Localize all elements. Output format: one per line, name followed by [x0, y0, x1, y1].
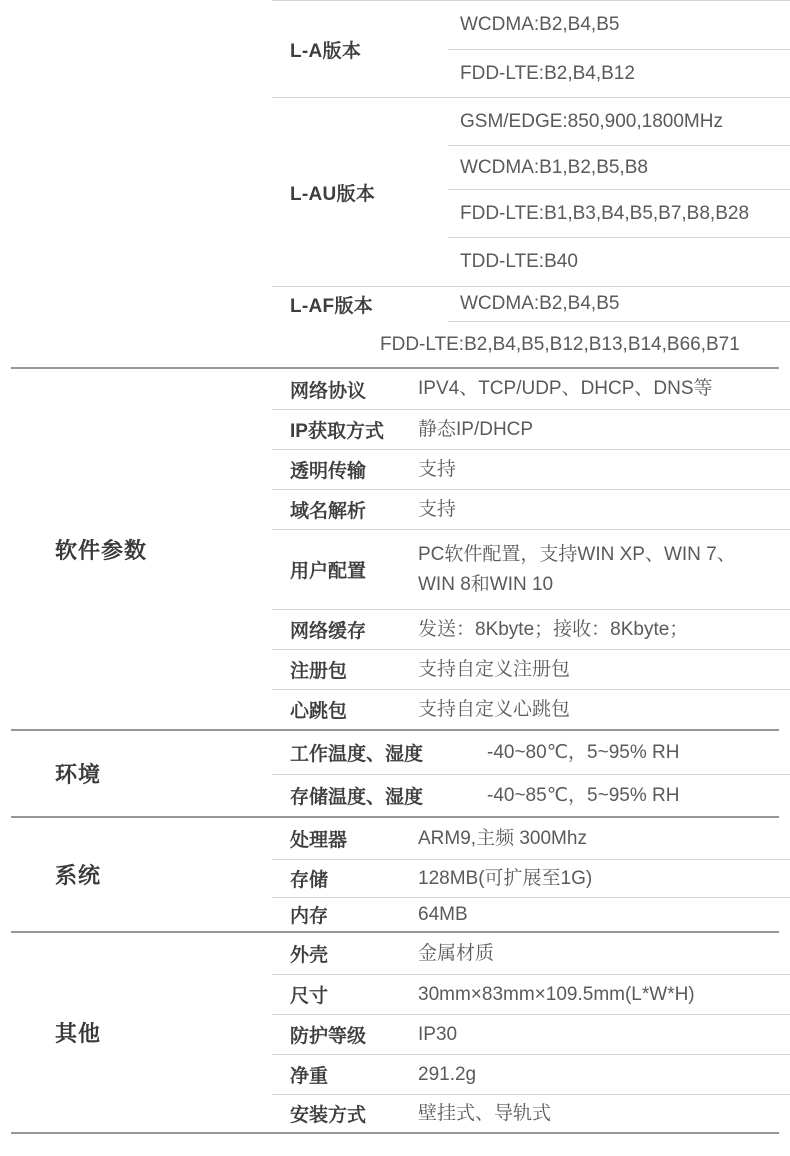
spec-value: 发送：8Kbyte；接收：8Kbyte； [418, 615, 790, 645]
spec-row: 处理器 ARM9,主频 300Mhz [272, 818, 790, 859]
spec-value: 金属材质 [418, 939, 790, 969]
spec-label: IP获取方式 [272, 416, 418, 443]
band-value: FDD-LTE:B2,B4,B12 [448, 49, 790, 97]
spec-value: 128MB(可扩展至1G) [418, 864, 790, 894]
band-group-lau: L-AU版本 GSM/EDGE:850,900,1800MHz WCDMA:B1… [272, 97, 790, 286]
spec-row: 外壳 金属材质 [272, 933, 790, 974]
spec-value: 支持 [418, 495, 790, 525]
band-group-label: L-AF版本 [272, 287, 448, 322]
band-group-la: L-A版本 WCDMA:B2,B4,B5 FDD-LTE:B2,B4,B12 [272, 0, 790, 97]
spec-value: 支持自定义注册包 [418, 655, 790, 685]
spec-value: ARM9,主频 300Mhz [418, 824, 790, 854]
spec-value: 壁挂式、导轨式 [418, 1099, 790, 1129]
spec-value: -40~80℃，5~95% RH [487, 738, 790, 768]
band-overflow-value: FDD-LTE:B2,B4,B5,B12,B13,B14,B66,B71 [380, 322, 790, 367]
spec-label: 外壳 [272, 940, 418, 967]
spec-row: 心跳包 支持自定义心跳包 [272, 689, 790, 729]
spec-section-environment: 环境 工作温度、湿度 -40~80℃，5~95% RH 存储温度、湿度 -40~… [0, 731, 790, 816]
spec-value: 静态IP/DHCP [418, 415, 790, 445]
spec-row: 尺寸 30mm×83mm×109.5mm(L*W*H) [272, 974, 790, 1014]
spec-row: 工作温度、湿度 -40~80℃，5~95% RH [272, 731, 790, 774]
spec-row: 净重 291.2g [272, 1054, 790, 1094]
spec-section-other: 其他 外壳 金属材质 尺寸 30mm×83mm×109.5mm(L*W*H) 防… [0, 933, 790, 1132]
spec-row: 域名解析 支持 [272, 489, 790, 529]
spec-value: 支持自定义心跳包 [418, 695, 790, 725]
spec-label: 尺寸 [272, 981, 418, 1008]
spec-section-software: 软件参数 网络协议 IPV4、TCP/UDP、DHCP、DNS等 IP获取方式 … [0, 369, 790, 729]
spec-label: 内存 [272, 901, 418, 928]
spec-label: 透明传输 [272, 456, 418, 483]
band-value: TDD-LTE:B40 [448, 237, 790, 286]
band-value: WCDMA:B2,B4,B5 [448, 287, 790, 322]
spec-row: 存储温度、湿度 -40~85℃，5~95% RH [272, 774, 790, 816]
spec-label: 用户配置 [272, 556, 418, 583]
spec-label: 工作温度、湿度 [272, 739, 487, 766]
band-value: FDD-LTE:B1,B3,B4,B5,B7,B8,B28 [448, 189, 790, 237]
spec-row: 内存 64MB [272, 897, 790, 931]
section-title: 系统 [0, 818, 272, 931]
bottom-divider [11, 1132, 779, 1134]
spec-label: 网络缓存 [272, 616, 418, 643]
spec-label: 存储 [272, 865, 418, 892]
spec-row: 网络缓存 发送：8Kbyte；接收：8Kbyte； [272, 609, 790, 649]
spec-label: 净重 [272, 1061, 418, 1088]
spec-label: 防护等级 [272, 1021, 418, 1048]
spec-label: 存储温度、湿度 [272, 782, 487, 809]
spec-value: PC软件配置，支持WIN XP、WIN 7、 WIN 8和WIN 10 [418, 540, 790, 600]
spec-row: 存储 128MB(可扩展至1G) [272, 859, 790, 897]
spec-value: 30mm×83mm×109.5mm(L*W*H) [418, 980, 790, 1010]
band-section: L-A版本 WCDMA:B2,B4,B5 FDD-LTE:B2,B4,B12 L… [272, 0, 790, 367]
band-values: GSM/EDGE:850,900,1800MHz WCDMA:B1,B2,B5,… [448, 98, 790, 286]
spec-value: IPV4、TCP/UDP、DHCP、DNS等 [418, 374, 790, 404]
section-title: 环境 [0, 731, 272, 816]
spec-value: 64MB [418, 900, 790, 930]
spec-value: IP30 [418, 1020, 790, 1050]
spec-row: 防护等级 IP30 [272, 1014, 790, 1054]
band-values: WCDMA:B2,B4,B5 [448, 287, 790, 322]
spec-row: 注册包 支持自定义注册包 [272, 649, 790, 689]
section-title: 其他 [0, 933, 272, 1132]
spec-rows: 外壳 金属材质 尺寸 30mm×83mm×109.5mm(L*W*H) 防护等级… [272, 933, 790, 1132]
band-group-label: L-AU版本 [272, 98, 448, 286]
spec-label: 注册包 [272, 656, 418, 683]
band-group-laf: L-AF版本 WCDMA:B2,B4,B5 FDD-LTE:B2,B4,B5,B… [272, 286, 790, 367]
spec-label: 处理器 [272, 825, 418, 852]
band-value: WCDMA:B2,B4,B5 [448, 1, 790, 49]
spec-value: -40~85℃，5~95% RH [487, 781, 790, 811]
band-value: WCDMA:B1,B2,B5,B8 [448, 145, 790, 189]
band-value: GSM/EDGE:850,900,1800MHz [448, 98, 790, 145]
band-values: WCDMA:B2,B4,B5 FDD-LTE:B2,B4,B12 [448, 1, 790, 97]
spec-label: 心跳包 [272, 696, 418, 723]
spec-row: 透明传输 支持 [272, 449, 790, 489]
spec-value: 291.2g [418, 1060, 790, 1090]
spec-row: 安装方式 壁挂式、导轨式 [272, 1094, 790, 1132]
spec-row: 网络协议 IPV4、TCP/UDP、DHCP、DNS等 [272, 369, 790, 409]
spec-section-system: 系统 处理器 ARM9,主频 300Mhz 存储 128MB(可扩展至1G) 内… [0, 818, 790, 931]
band-group-label: L-A版本 [272, 1, 448, 97]
spec-label: 网络协议 [272, 376, 418, 403]
spec-rows: 处理器 ARM9,主频 300Mhz 存储 128MB(可扩展至1G) 内存 6… [272, 818, 790, 931]
spec-rows: 工作温度、湿度 -40~80℃，5~95% RH 存储温度、湿度 -40~85℃… [272, 731, 790, 816]
spec-label: 安装方式 [272, 1100, 418, 1127]
spec-sheet-page: L-A版本 WCDMA:B2,B4,B5 FDD-LTE:B2,B4,B12 L… [0, 0, 790, 1156]
spec-row: 用户配置 PC软件配置，支持WIN XP、WIN 7、 WIN 8和WIN 10 [272, 529, 790, 609]
spec-label: 域名解析 [272, 496, 418, 523]
spec-value: 支持 [418, 455, 790, 485]
spec-row: IP获取方式 静态IP/DHCP [272, 409, 790, 449]
spec-rows: 网络协议 IPV4、TCP/UDP、DHCP、DNS等 IP获取方式 静态IP/… [272, 369, 790, 729]
section-title: 软件参数 [0, 369, 272, 729]
